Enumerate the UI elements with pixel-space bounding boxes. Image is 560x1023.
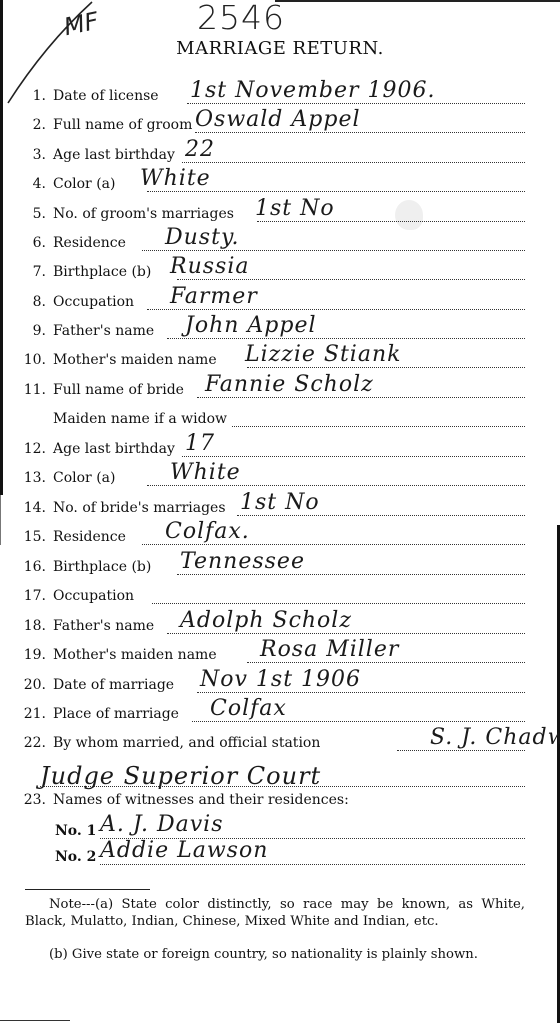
field-dots [197,397,525,398]
field-label: Color (a) [53,176,115,192]
field-label: Maiden name if a widow [53,411,227,427]
field-number: 8. [0,294,46,310]
field-label: Place of marriage [53,706,179,722]
witness-label: No. 2 [55,849,96,865]
field-value: 1st No [255,196,335,221]
field-label: No. of bride's marriages [53,500,226,516]
field-number: 9. [0,323,46,339]
file-number: 2546 [197,0,285,37]
field-label: Residence [53,529,126,545]
form-row: Maiden name if a widow [0,411,560,435]
field-number: 21. [0,706,46,722]
field-label: Father's name [53,618,154,634]
field-value: S. J. Chadwick [430,725,560,750]
field-dots [147,191,525,192]
notes-divider [25,889,150,890]
field-label: Birthplace (b) [53,264,151,280]
field-dots [237,515,525,516]
field-dots [177,574,525,575]
field-dots [197,692,525,693]
field-label: Full name of bride [53,382,184,398]
field-value: Oswald Appel [195,107,361,132]
field-dots [152,603,525,604]
field-label: Date of license [53,88,159,104]
field-dots [167,633,525,634]
witness-row: No. 1 A. J. Davis [0,820,560,844]
form-row: 7.Birthplace (b)Russia [0,264,560,288]
field-number: 19. [0,647,46,663]
field-value: White [140,166,211,191]
field-value: 17 [185,431,215,456]
field-label: Residence [53,235,126,251]
field-value: Tennessee [180,549,305,574]
field-label: Occupation [53,588,134,604]
field-dots [142,544,525,545]
form-row: 14.No. of bride's marriages1st No [0,500,560,524]
field-value: Nov 1st 1906 [200,667,361,692]
form-row: 3.Age last birthday22 [0,147,560,171]
form-row: 6.ResidenceDusty. [0,235,560,259]
form-row: 12.Age last birthday17 [0,441,560,465]
field-dots [147,309,525,310]
field-value: Fannie Scholz [205,372,374,397]
field-number: 17. [0,588,46,604]
field-dots [397,750,525,751]
form-row: 11.Full name of brideFannie Scholz [0,382,560,406]
field-value: Colfax [210,696,287,721]
field-value: Farmer [170,284,258,309]
field-dots [182,456,525,457]
field-number: 10. [0,352,46,368]
field-value: 1st November 1906. [190,78,436,103]
scan-border-top [275,0,560,2]
officiant-station-dots [40,786,525,787]
field-number: 6. [0,235,46,251]
field-label: Names of witnesses and their residences: [53,792,349,808]
field-number: 18. [0,618,46,634]
witness-value: A. J. Davis [100,812,223,837]
field-value: Dusty. [165,225,239,250]
field-dots [182,162,525,163]
scan-border-bottom [0,1020,70,1021]
field-number: 4. [0,176,46,192]
field-value: White [170,460,241,485]
field-label: Mother's maiden name [53,647,217,663]
field-dots [257,221,525,222]
field-number: 13. [0,470,46,486]
field-number: 2. [0,117,46,133]
field-label: Age last birthday [53,441,175,457]
field-dots [100,864,525,865]
witnesses-heading-row: 23. Names of witnesses and their residen… [0,792,560,816]
field-dots [192,721,525,722]
field-dots [195,132,525,133]
field-value: Lizzie Stiank [245,342,401,367]
field-number: 14. [0,500,46,516]
field-value: 1st No [240,490,320,515]
field-label: Father's name [53,323,154,339]
field-number: 5. [0,206,46,222]
field-number: 1. [0,88,46,104]
witness-value: Addie Lawson [100,838,268,863]
field-label: Color (a) [53,470,115,486]
field-dots [147,485,525,486]
field-dots [167,338,525,339]
field-number: 12. [0,441,46,457]
field-number: 3. [0,147,46,163]
field-number: 7. [0,264,46,280]
field-dots [177,279,525,280]
field-value: Adolph Scholz [180,608,352,633]
field-number: 11. [0,382,46,398]
witness-row: No. 2 Addie Lawson [0,846,560,870]
field-label: By whom married, and official station [53,735,320,751]
field-label: Birthplace (b) [53,559,151,575]
field-value: Rosa Miller [260,637,399,662]
field-dots [247,662,525,663]
field-label: No. of groom's marriages [53,206,234,222]
field-value: Russia [170,254,249,279]
field-label: Mother's maiden name [53,352,217,368]
document-title: MARRIAGE RETURN. [0,38,560,59]
field-number: 16. [0,559,46,575]
note-a: Note---(a) State color distinctly, so ra… [25,897,525,930]
field-label: Age last birthday [53,147,175,163]
form-row: 2.Full name of groomOswald Appel [0,117,560,141]
field-value: 22 [185,137,215,162]
field-number: 15. [0,529,46,545]
field-dots [232,426,525,427]
field-dots [142,250,525,251]
field-label: Occupation [53,294,134,310]
form-row: 16.Birthplace (b)Tennessee [0,559,560,583]
field-value: John Appel [185,313,317,338]
field-dots [187,103,525,104]
field-number: 23. [0,792,46,808]
form-row: 22.By whom married, and official station… [0,735,560,759]
note-b: (b) Give state or foreign country, so na… [25,947,525,964]
field-label: Date of marriage [53,677,174,693]
form-row: 5.No. of groom's marriages1st No [0,206,560,230]
witness-label: No. 1 [55,823,96,839]
field-number: 22. [0,735,46,751]
field-value: Colfax. [165,519,250,544]
field-label: Full name of groom [53,117,192,133]
field-number: 20. [0,677,46,693]
field-dots [247,367,525,368]
